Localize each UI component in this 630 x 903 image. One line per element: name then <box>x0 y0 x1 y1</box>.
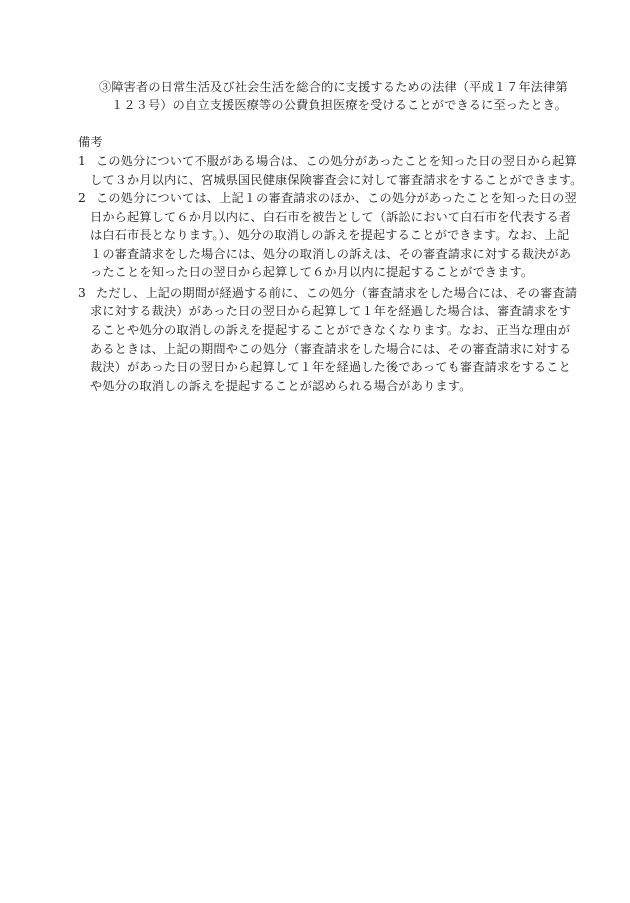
remark-item-1-text: この処分について不服がある場合は、この処分があったことを知った日の翌日から起算 <box>96 154 577 168</box>
remark-item-3-line-3: ることや処分の取消しの訴えを提起することができなくなります。なお、正当な理由が <box>90 322 570 339</box>
remark-item-2-line-2: 日から起算して６か月以内に、白石市を被告として（訴訟において白石市を代表する者 <box>90 209 571 226</box>
remark-item-1-number: 1 <box>78 153 96 170</box>
remark-item-3-line-2: 求に対する裁決）があった日の翌日から起算して１年を経過した場合は、審査請求をす <box>90 303 571 320</box>
remark-item-2-line-1: 2この処分については、上記１の審査請求のほか、この処分があったことを知った日の翌 <box>78 190 577 207</box>
remarks-heading: 備考 <box>78 134 103 151</box>
remark-item-3-line-1: 3ただし、上記の期間が経過する前に、この処分（審査請求をした場合には、その審査請 <box>78 285 577 302</box>
remark-item-3-number: 3 <box>78 285 96 302</box>
remark-item-2-line-5: ったことを知った日の翌日から起算して６か月以内に提起することができます。 <box>90 264 533 281</box>
remark-item-2-text: この処分については、上記１の審査請求のほか、この処分があったことを知った日の翌 <box>96 191 577 205</box>
document-page: ③障害者の日常生活及び社会生活を総合的に支援するための法律（平成１７年法律第 １… <box>0 0 630 903</box>
remark-item-1-line-2: して３か月以内に、宮城県国民健康保険審査会に対して審査請求をすることができます。 <box>90 172 583 189</box>
remark-item-3-line-5: 裁決）があった日の翌日から起算して１年を経過した後であっても審査請求をすること <box>90 359 571 376</box>
remark-item-3-text: ただし、上記の期間が経過する前に、この処分（審査請求をした場合には、その審査請 <box>96 286 577 300</box>
remark-item-3-line-6: や処分の取消しの訴えを提起することが認められる場合があります。 <box>90 378 472 395</box>
remark-item-2-line-3: は白石市長となります。）、処分の取消しの訴えを提起することができます。なお、上記 <box>90 227 569 244</box>
remark-item-3-line-4: あるときは、上記の期間やこの処分（審査請求をした場合には、その審査請求に対する <box>90 341 571 358</box>
remark-item-1-line-1: 1この処分について不服がある場合は、この処分があったことを知った日の翌日から起算 <box>78 153 577 170</box>
remark-item-2-number: 2 <box>78 190 96 207</box>
clause-3-line-1: ③障害者の日常生活及び社会生活を総合的に支援するための法律（平成１７年法律第 <box>99 79 568 96</box>
remark-item-2-line-4: １の審査請求をした場合には、処分の取消しの訴えは、その審査請求に対する裁決があ <box>90 246 571 263</box>
clause-3-line-2: １２３号）の自立支援医療等の公費負担医療を受けることができるに至ったとき。 <box>111 97 567 114</box>
